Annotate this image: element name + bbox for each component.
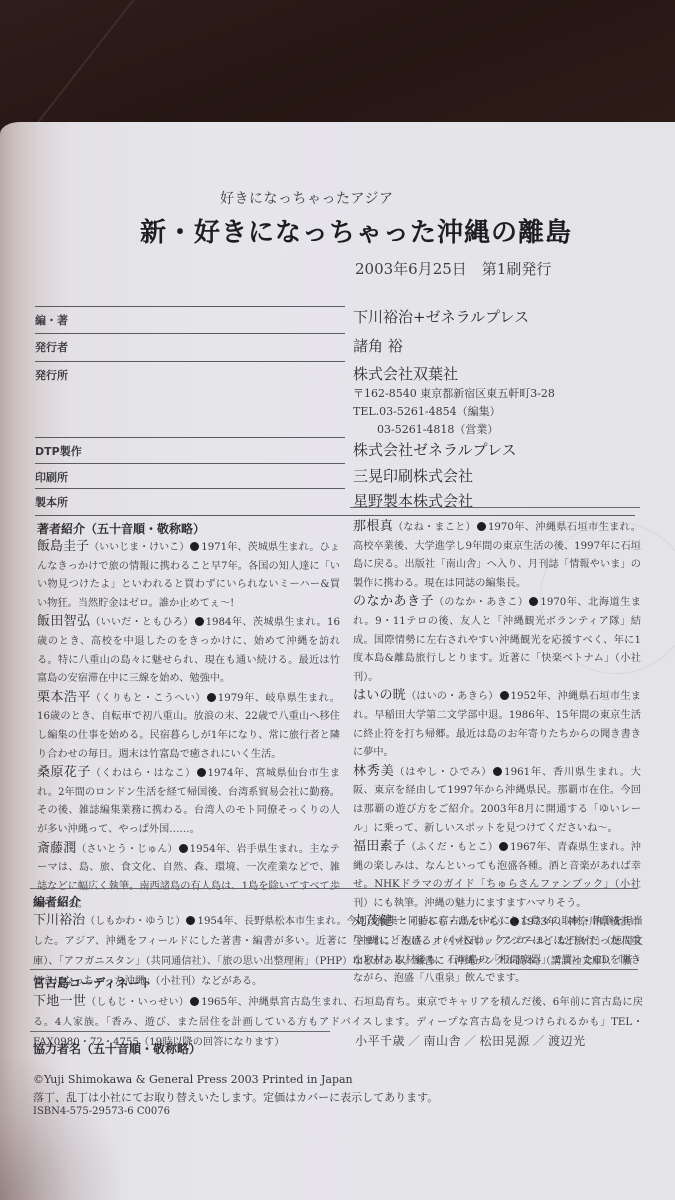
divider [30,969,638,970]
publisher-tel-sales: 03-5261-4818（営業） [377,421,498,437]
cooperators-list: 小平千歳／南山舎／松田晃源／渡辺光 [355,1032,586,1049]
credit-value: 株式会社ゼネラルプレス [353,439,517,460]
publisher-tel-editorial: TEL.03-5261-4854（編集） [353,403,501,419]
bullet-icon [186,916,195,925]
coordinator-heading: 宮古島コーディネート [33,974,152,991]
bullet-icon [197,768,206,777]
author-entry: のなかあき子（のなか・あきこ）1970年、北海道生まれ。9・11テロの後、友人と… [353,593,641,687]
bullet-icon [529,597,538,606]
credit-label: DTP製作 [35,437,345,459]
editor-heading: 編者紹介 [33,893,81,910]
author-entry: 斎藤潤（さいとう・じゅん）1954年、岩手県生まれ。主なテーマは、島、旅、食文化… [37,840,340,915]
author-entry: 桑原花子（くわはら・はなこ）1974年、宮城県仙台市生まれ。2年間のロンドン生活… [37,764,340,839]
bullet-icon [500,691,509,700]
credit-label: 編・著 [35,306,345,328]
credit-label: 製本所 [35,488,345,510]
desk-seam [23,0,142,141]
replacement-notice: 落丁、乱丁は小社にてお取り替えいたします。定価はカバーに表示してあります。 [33,1089,438,1105]
book-title: 新・好きになっちゃった沖縄の離島 [140,212,572,249]
cooperators-heading: 協力者名（五十音順・敬称略） [33,1040,201,1057]
author-entry: 福田素子（ふくだ・もとこ）1967年、青森県生まれ。沖縄の楽しみは、なんといって… [353,838,641,913]
bullet-icon [207,693,216,702]
divider [30,1031,330,1032]
authors-left-column: 飯島圭子（いいじま・けいこ）1971年、茨城県生まれ。ひょんなきっかけで旅の情報… [37,538,340,915]
bullet-icon [493,767,502,776]
credit-value: 諸角 裕 [353,335,403,356]
divider [30,888,638,889]
divider [350,507,640,508]
author-entry: 飯田智弘（いいだ・ともひろ）1984年、茨城県生まれ。16歳のとき、高校を中退し… [37,613,340,688]
author-entry: 林秀美（はやし・ひでみ）1961年、香川県生まれ。大阪、東京を経由して1997年… [353,763,641,838]
series-title: 好きになっちゃったアジア [220,188,393,208]
authors-heading: 著者紹介（五十音順・敬称略） [37,520,205,537]
bullet-icon [179,844,188,853]
credit-label: 発行者 [35,333,345,355]
bullet-icon [190,542,199,551]
author-entry: はいの晄（はいの・あきら）1952年、沖縄県石垣市生まれ。早稲田大学第二文学部中… [353,687,641,762]
bullet-icon [195,617,204,626]
desk-background [0,0,675,130]
bullet-icon [499,842,508,851]
author-entry: 飯島圭子（いいじま・けいこ）1971年、茨城県生まれ。ひょんなきっかけで旅の情報… [37,538,340,613]
divider [35,515,635,516]
credit-label: 印刷所 [35,463,345,485]
issue-date: 2003年6月25日 第1刷発行 [355,258,551,279]
publisher-address: 〒162-8540 東京都新宿区東五軒町3-28 [353,385,555,401]
credit-value: 株式会社双葉社 [353,363,458,384]
credit-label: 発行所 [35,361,345,383]
credit-value: 三晃印刷株式会社 [353,465,473,486]
bullet-icon [477,522,486,531]
copyright-line: ©Yuji Shimokawa & General Press 2003 Pri… [33,1073,353,1086]
credit-value: 下川裕治+ゼネラルプレス [353,306,529,327]
author-entry: 那根真（なね・まこと）1970年、沖縄県石垣市生まれ。高校卒業後、大学進学し9年… [353,518,641,593]
author-entry: 栗本浩平（くりもと・こうへい）1979年、岐阜県生まれ。16歳のとき、自転車で初… [37,689,340,764]
isbn: ISBN4-575-29573-6 C0076 [33,1106,170,1117]
bullet-icon [190,997,199,1006]
